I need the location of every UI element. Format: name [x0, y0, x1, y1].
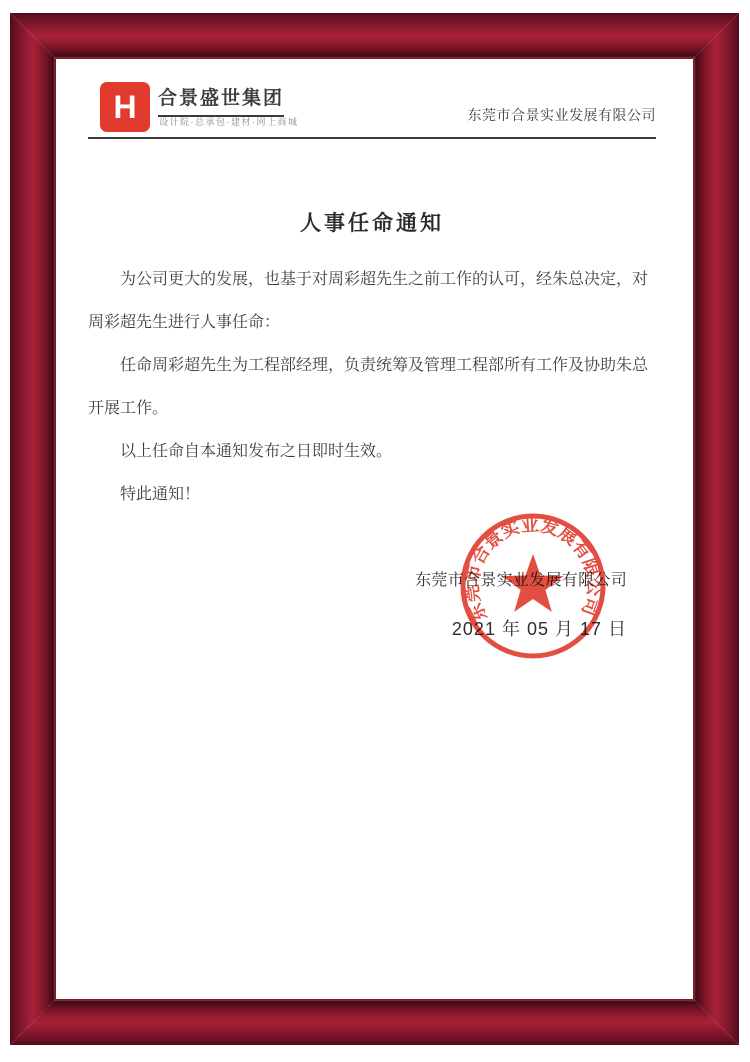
- company-logo-icon: H: [100, 82, 150, 132]
- frame-left: [10, 13, 56, 1045]
- frame-top: [10, 13, 739, 59]
- document-sheet: H 合景盛世集团 设计院·总承包·建材·网上商城 东莞市合景实业发展有限公司 人…: [56, 59, 693, 999]
- frame-bottom: [10, 999, 739, 1045]
- company-seal: 东莞市合景实业发展有限公司: [448, 501, 618, 671]
- logo-tagline: 设计院·总承包·建材·网上商城: [159, 115, 299, 128]
- logo-letter: H: [113, 91, 136, 123]
- notice-title: 人事任命通知: [88, 207, 656, 237]
- notice-paragraph: 任命周彩超先生为工程部经理，负责统筹及管理工程部所有工作及协助朱总开展工作。: [88, 344, 656, 430]
- notice-paragraph: 为公司更大的发展，也基于对周彩超先生之前工作的认可，经朱总决定，对周彩超先生进行…: [88, 258, 656, 344]
- seal-star-icon: [503, 554, 564, 612]
- header-divider: [88, 137, 656, 139]
- page: { "header": { "logo": { "icon_letter": "…: [0, 0, 750, 1062]
- frame-right: [693, 13, 739, 1045]
- logo-brand-name: 合景盛世集团: [158, 83, 284, 117]
- notice-body: 为公司更大的发展，也基于对周彩超先生之前工作的认可，经朱总决定，对周彩超先生进行…: [88, 258, 656, 516]
- header-company-name: 东莞市合景实业发展有限公司: [468, 105, 657, 125]
- notice-paragraph: 以上任命自本通知发布之日即时生效。: [88, 430, 656, 473]
